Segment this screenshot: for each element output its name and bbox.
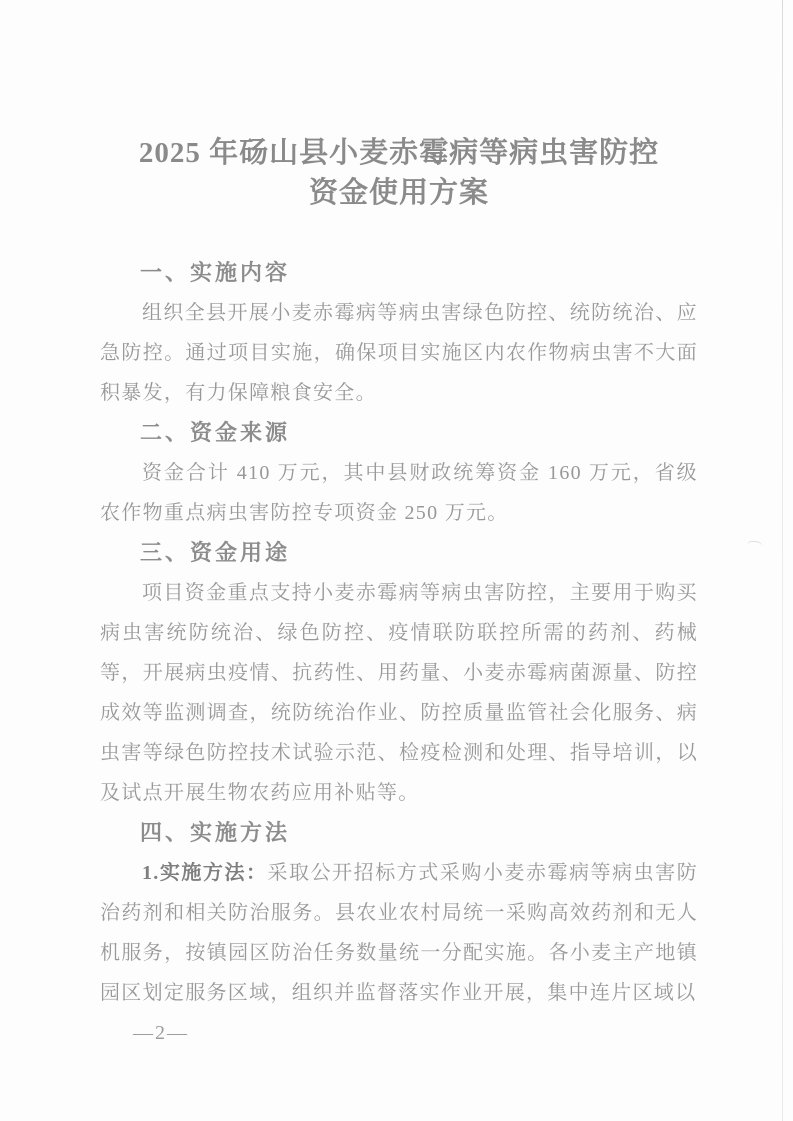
document-page: 2025 年砀山县小麦赤霉病等病虫害防控 资金使用方案 一、实施内容 组织全县开…	[100, 0, 698, 1053]
section-paragraph: 项目资金重点支持小麦赤霉病等病虫害防控，主要用于购买病虫害统防统治、绿色防控、疫…	[100, 573, 698, 813]
title-line-1: 2025 年砀山县小麦赤霉病等病虫害防控	[100, 133, 698, 173]
section-funding-usage: 三、资金用途 项目资金重点支持小麦赤霉病等病虫害防控，主要用于购买病虫害统防统治…	[100, 533, 698, 813]
section-heading: 二、资金来源	[100, 413, 698, 453]
section-implementation-method: 四、实施方法 1.实施方法：采取公开招标方式采购小麦赤霉病等病虫害防治药剂和相关…	[100, 813, 698, 1013]
section-paragraph: 1.实施方法：采取公开招标方式采购小麦赤霉病等病虫害防治药剂和相关防治服务。县农…	[100, 853, 698, 1013]
section-funding-source: 二、资金来源 资金合计 410 万元，其中县财政统筹资金 160 万元，省级农作…	[100, 413, 698, 533]
page-number: —2—	[133, 1013, 698, 1053]
title-line-2: 资金使用方案	[100, 173, 698, 213]
paragraph-text: 组织全县开展小麦赤霉病等病虫害绿色防控、统防统治、应急防控。通过项目实施，确保项…	[100, 302, 698, 404]
section-implementation-content: 一、实施内容 组织全县开展小麦赤霉病等病虫害绿色防控、统防统治、应急防控。通过项…	[100, 253, 698, 413]
document-title: 2025 年砀山县小麦赤霉病等病虫害防控 资金使用方案	[100, 133, 698, 213]
section-paragraph: 资金合计 410 万元，其中县财政统筹资金 160 万元，省级农作物重点病虫害防…	[100, 453, 698, 533]
section-heading: 三、资金用途	[100, 533, 698, 573]
paragraph-lead: 1.实施方法：	[142, 862, 268, 884]
paragraph-text: 资金合计 410 万元，其中县财政统筹资金 160 万元，省级农作物重点病虫害防…	[100, 462, 698, 524]
section-paragraph: 组织全县开展小麦赤霉病等病虫害绿色防控、统防统治、应急防控。通过项目实施，确保项…	[100, 293, 698, 413]
section-heading: 四、实施方法	[100, 813, 698, 853]
document-body: 一、实施内容 组织全县开展小麦赤霉病等病虫害绿色防控、统防统治、应急防控。通过项…	[100, 253, 698, 1013]
paragraph-text: 项目资金重点支持小麦赤霉病等病虫害防控，主要用于购买病虫害统防统治、绿色防控、疫…	[100, 582, 698, 804]
section-heading: 一、实施内容	[100, 253, 698, 293]
scan-edge-line	[782, 0, 783, 1121]
scan-curl-artifact	[747, 540, 763, 552]
